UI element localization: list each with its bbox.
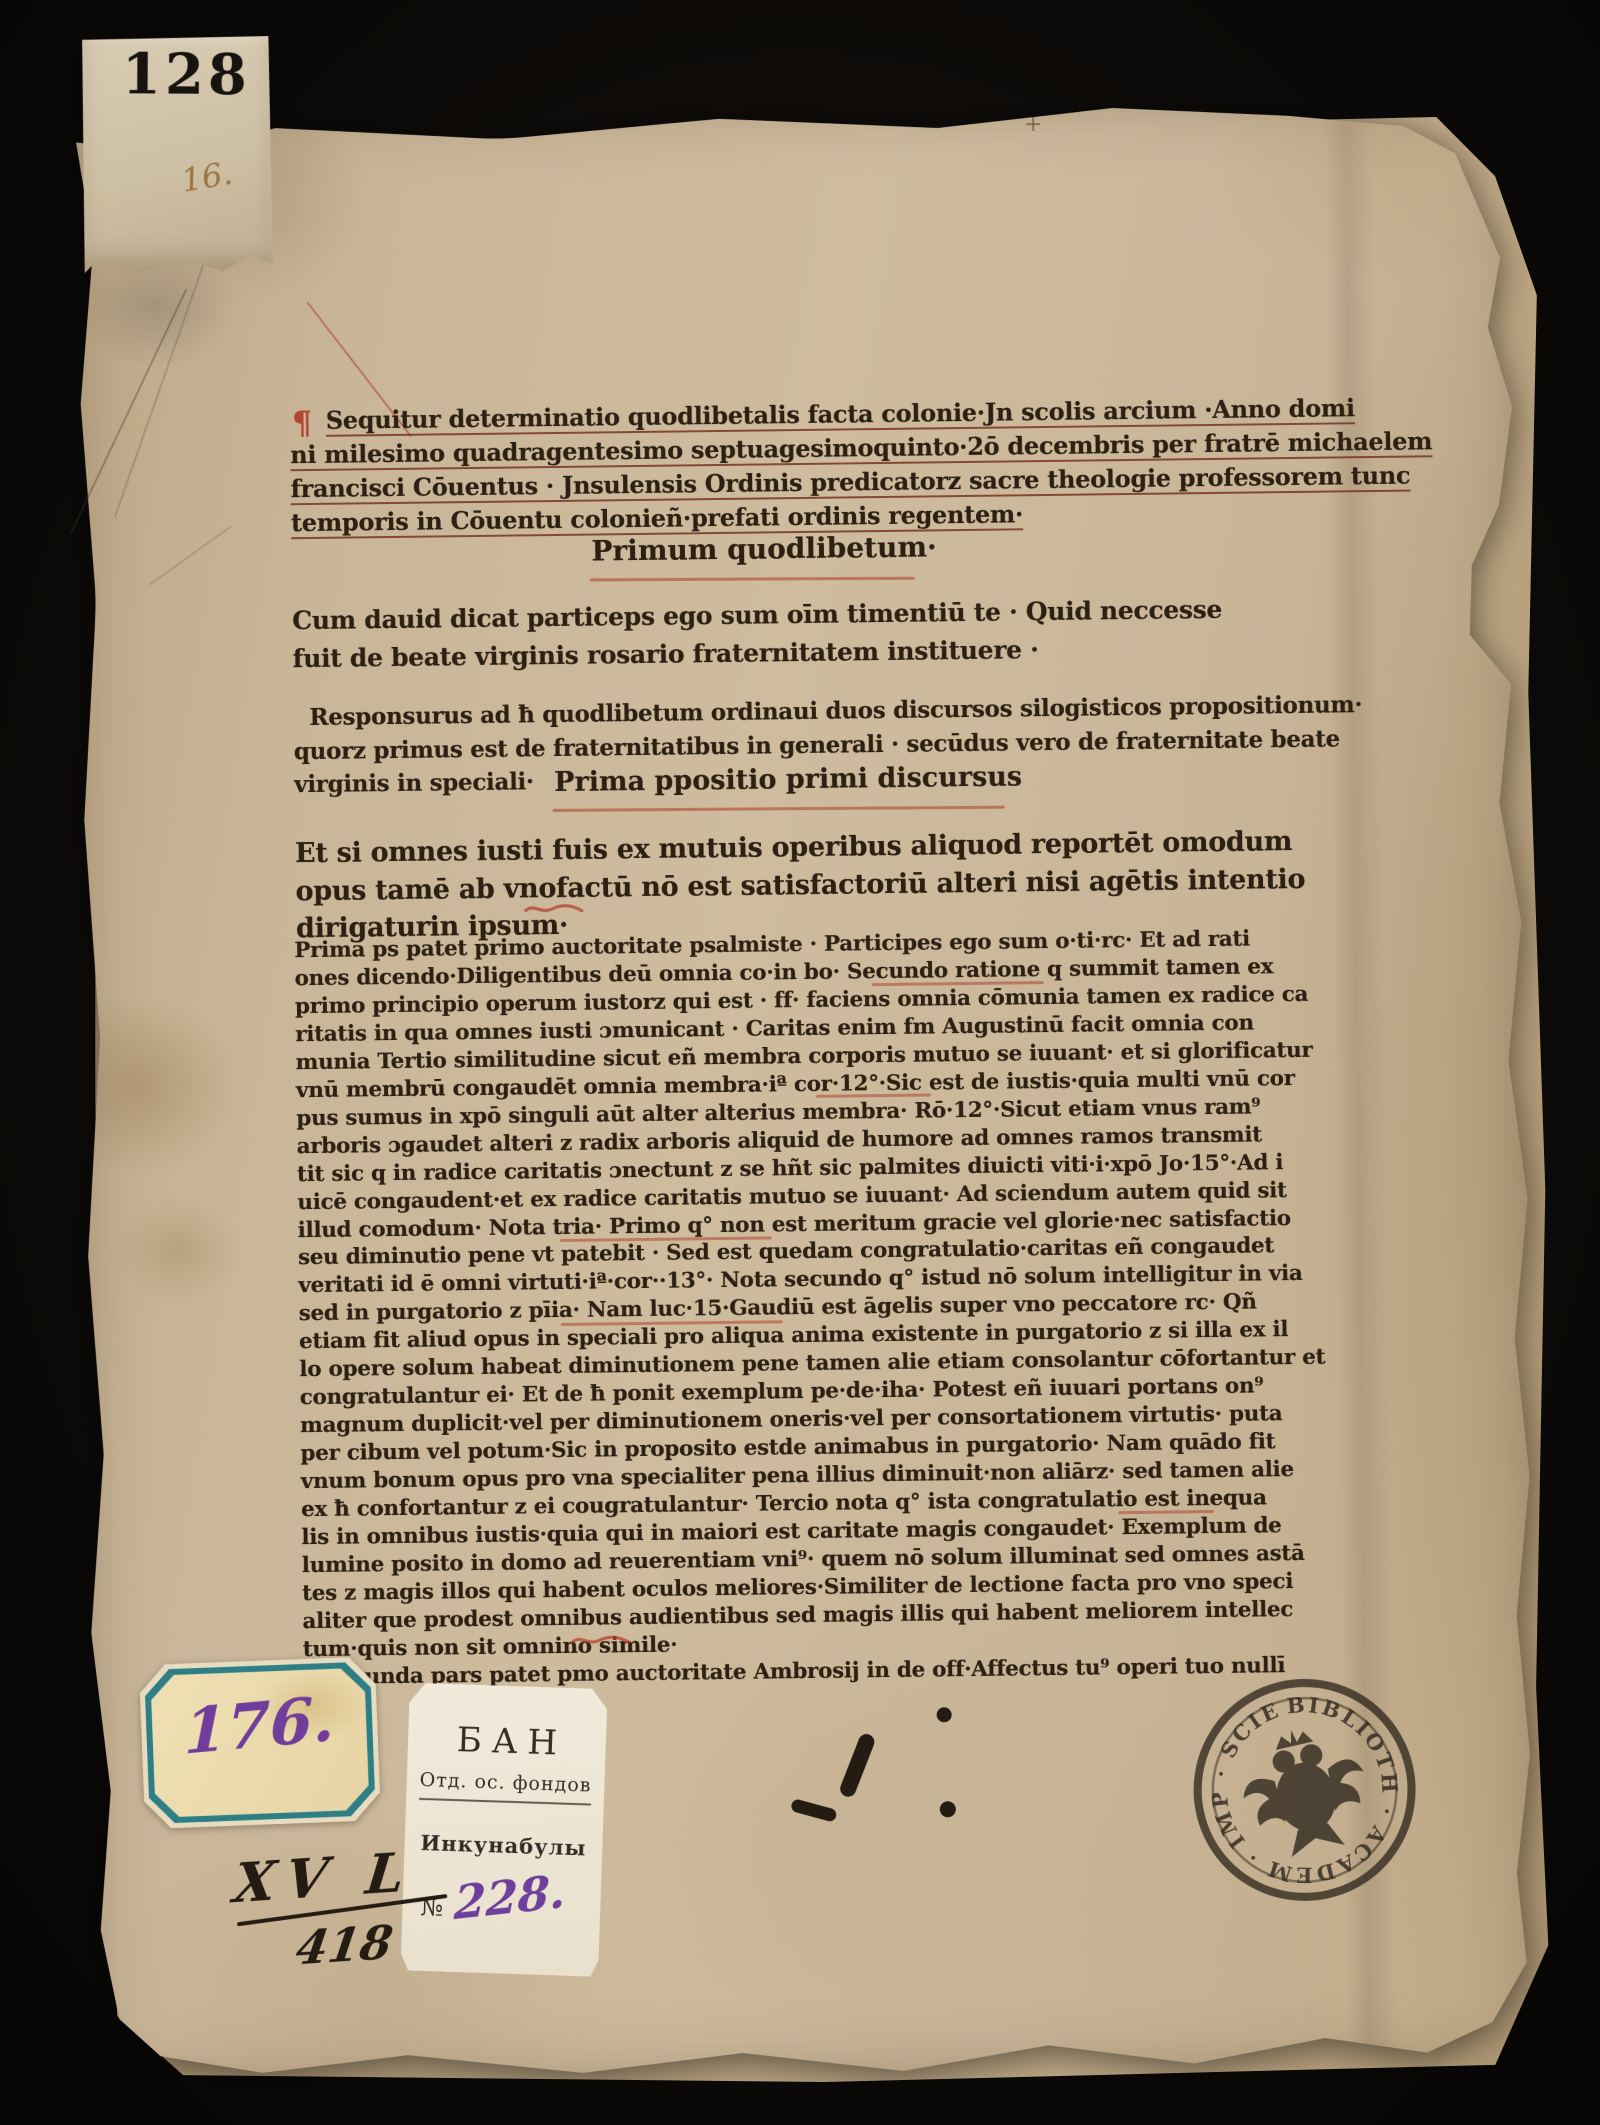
library-stamp: BIBLIOTH · ACADEM · IMP · SCIENTIAR · (1166, 1651, 1443, 1928)
crease-line (149, 525, 231, 585)
rubrication-underline (553, 806, 1005, 812)
ink-dot (940, 1801, 956, 1817)
incipit-paragraph: Sequitur determinatio quodlibetalis fact… (290, 392, 1304, 540)
manuscript-page: ¶ Sequitur determinatio quodlibetalis fa… (64, 89, 1544, 2089)
red-flourish-icon (524, 901, 586, 918)
shelfmark-top: XV L (231, 1836, 468, 1915)
heading-primum-quodlibetum: Primum quodlibetum· (591, 530, 937, 567)
heading-prima-propositio: Prima ppositio primi discursus (554, 761, 1022, 798)
ink-stroke (838, 1732, 877, 1799)
page-content: ¶ Sequitur determinatio quodlibetalis fa… (64, 89, 1544, 2089)
pasted-number-tab: 128 16. (81, 35, 274, 274)
library-abbreviation: БАН (407, 1718, 606, 1765)
handwritten-number: 16. (179, 154, 236, 200)
ink-mark (64, 89, 1520, 107)
red-flourish-icon (571, 1632, 633, 1649)
collection-number: 128 (122, 41, 251, 108)
ink-dot (937, 1707, 952, 1722)
ink-stroke (790, 1798, 838, 1823)
octagonal-shelf-label: 176. (139, 1656, 381, 1829)
rubrication-underline (590, 577, 915, 582)
photograph-of-incunabulum-page: ¶ Sequitur determinatio quodlibetalis fa… (0, 0, 1600, 2125)
question-paragraph: Cum dauid dicat particeps ego sum oīm ti… (292, 590, 1305, 678)
body-text: Prima ps patet primo auctoritate psalmis… (294, 925, 1311, 1692)
handwritten-shelfmark: XV L 418 (232, 1836, 470, 1979)
crease-line (70, 289, 187, 534)
department-line: Отд. ос. фондов (419, 1769, 592, 1806)
plus-mark (1026, 117, 1040, 131)
